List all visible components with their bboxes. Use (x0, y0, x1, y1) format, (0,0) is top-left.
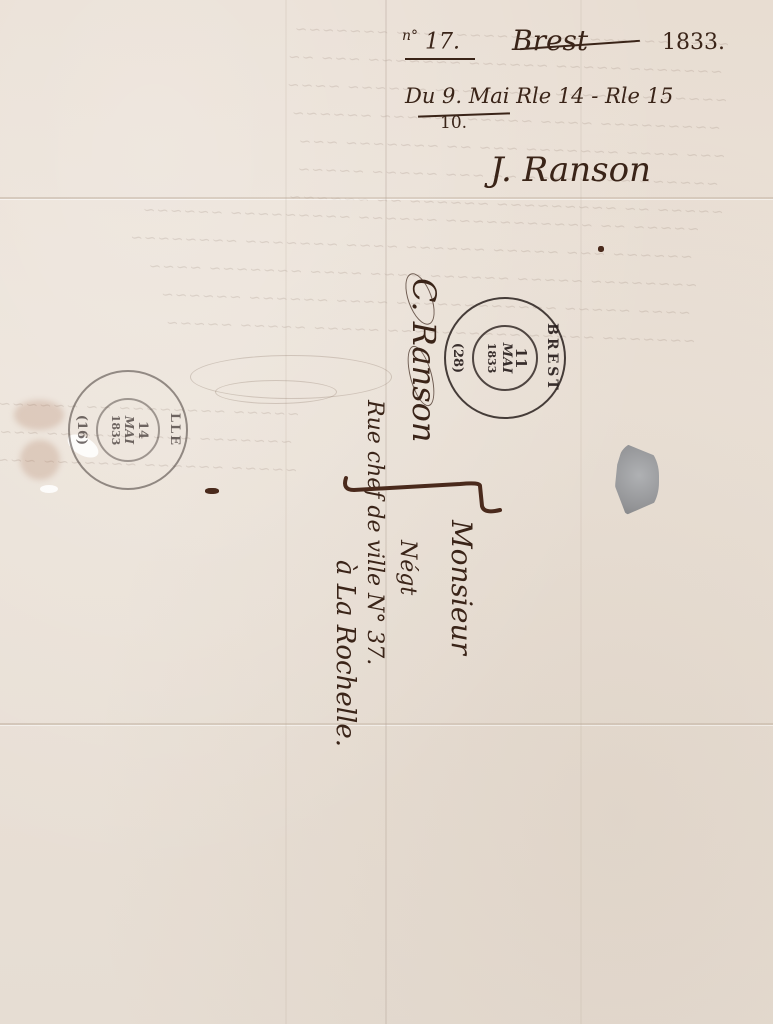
wax-seal (615, 443, 659, 515)
docket-rule (405, 58, 475, 60)
docket-signature: J. Ranson (490, 150, 651, 190)
postmark-department: (16) (74, 372, 89, 488)
postmark-town: BREST (544, 299, 560, 417)
letter-sheet: ~~~~ ~~~~~~ ~~~ ~~~~~~ ~~~~ ~~~~~~~ ~~~~… (0, 0, 773, 1024)
address-line-city: à La Rochelle. (330, 560, 360, 747)
postmark-year: 1833 (109, 372, 122, 488)
stain (20, 440, 60, 480)
rate-mark (340, 452, 510, 522)
docket-year: 1833. (662, 30, 725, 55)
address-line-occupation: Négt (395, 540, 420, 595)
postmark-year: 1833 (485, 299, 498, 417)
postmark-month: MAI (122, 372, 136, 488)
ink-blot (598, 246, 604, 252)
ink-blot (205, 488, 219, 494)
offset-flourish (215, 380, 337, 404)
postmark-day: 14 (135, 372, 150, 488)
docket-dates: Du 9. Mai Rle 14 - Rle 15 (405, 84, 673, 108)
docket-number: n° 17. (402, 28, 460, 54)
docket-fraction: 10. (440, 113, 467, 133)
postmark-town: LLE (167, 372, 182, 488)
address-line-monsieur: Monsieur (445, 520, 478, 655)
postmark-month: MAI (499, 299, 514, 417)
brest-postmark: BREST 11 MAI 1833 (28) (444, 297, 566, 419)
postmark-department: (28) (450, 299, 465, 417)
la-rochelle-postmark: LLE 14 MAI 1833 (16) (68, 370, 188, 490)
address-line-street: Rue chef de ville N° 37. (362, 400, 387, 665)
postmark-day: 11 (512, 299, 530, 417)
fold-line (285, 0, 287, 1024)
paper-tear (40, 485, 58, 493)
docket-city: Brest (512, 24, 588, 57)
address-line-name: C. Ranson (405, 278, 443, 443)
stain (14, 400, 64, 430)
